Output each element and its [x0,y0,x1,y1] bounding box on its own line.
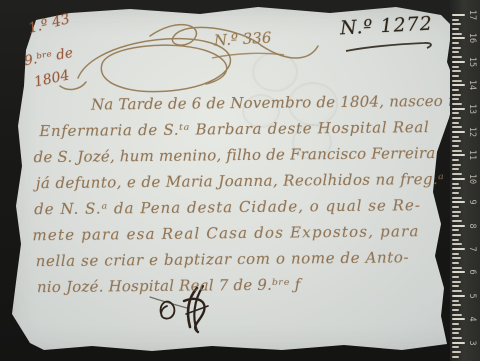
ruler-tick [452,295,465,297]
ruler-tick [452,66,459,68]
ruler-tick [452,211,461,213]
manuscript-line: Na Tarde de 6 de Novembro de 1804, nasce… [91,88,453,118]
ruler-tick [452,168,459,170]
ruler-tick [452,225,465,227]
ruler-number: 9 [467,196,477,208]
ruler-number: 14 [467,79,477,91]
ruler-tick [452,173,462,175]
ruler-tick [452,126,462,128]
ruler-tick [452,248,465,250]
manuscript-body: Na Tarde de 6 de Novembro de 1804, nasce… [29,88,455,300]
ruler-tick [452,108,465,110]
ruler-tick [452,47,461,49]
water-stain [252,52,298,92]
manuscript-line: nella se criar e baptizar com o nome de … [36,244,455,274]
ruler-tick [452,112,459,114]
ruler-number: 15 [467,56,477,68]
ruler-number: 10 [467,173,477,185]
ruler-tick [452,150,462,152]
ruler-tick [452,164,461,166]
ruler-tick [452,33,462,35]
ruler-tick [452,75,459,77]
ruler-tick [452,159,459,161]
ruler-tick [452,346,459,348]
ruler-number: 4 [467,313,477,325]
ruler-tick [452,145,459,147]
ruler-tick [452,197,462,199]
ruler-tick [452,267,462,269]
ruler-tick [452,342,465,344]
ruler-tick [452,80,462,82]
ruler-tick [452,94,461,96]
ruler-tick [452,61,465,63]
ruler-tick [452,56,462,58]
ruler-number: 17 [467,9,477,21]
ruler-tick [452,300,459,302]
ruler-number: 11 [467,149,477,161]
ruler-tick [452,206,459,208]
ruler-number: 8 [467,220,477,232]
ruler-tick [452,262,459,264]
ruler-tick [452,136,459,138]
ruler-tick [452,131,465,133]
ruler-tick [452,356,459,358]
ruler-number: 16 [467,32,477,44]
ruler-tick [452,285,459,287]
ruler-tick [452,328,461,330]
ruler-tick [452,290,462,292]
ruler-tick [452,103,462,105]
ruler-tick [452,154,465,156]
measurement-ruler: 17161514131211109876543 [450,0,480,361]
ruler-number: 13 [467,103,477,115]
ruler-tick [452,140,461,142]
ruler-tick [452,276,459,278]
ruler-tick [452,117,461,119]
ruler-tick [452,304,461,306]
ruler-tick [452,337,462,339]
ruler-number: 3 [467,337,477,349]
ruler-tick [452,89,459,91]
ruler-tick [452,234,461,236]
ruler-tick [452,351,461,353]
ruler-tick [452,271,465,273]
ruler-tick [452,178,465,180]
ruler-tick [452,28,459,30]
ruler-tick [452,318,465,320]
ruler-tick [452,192,459,194]
ruler-tick [452,309,459,311]
ruler-tick [452,23,461,25]
ruler-tick [452,42,459,44]
ruler-tick [452,98,459,100]
ruler-tick [452,239,459,241]
ruler-tick [452,84,465,86]
ruler-tick [452,323,459,325]
ruler-tick [452,314,462,316]
ruler-tick [452,253,459,255]
ruler-tick [452,229,459,231]
manuscript-line: nio Jozé. Hospital Real 7 de 9.ᵇʳᵉ ƒ [37,270,455,300]
ruler-tick [452,257,461,259]
ruler-tick [452,19,459,21]
ruler-tick [452,215,459,217]
ruler-tick [452,183,459,185]
ruler-tick [452,281,461,283]
ruler-tick [452,243,462,245]
ruler-number: 5 [467,290,477,302]
ruler-tick [452,201,465,203]
ruler-tick [452,51,459,53]
ruler-number: 6 [467,266,477,278]
ruler-tick [452,187,461,189]
ruler-number: 12 [467,126,477,138]
ruler-tick [452,37,465,39]
ruler-tick [452,332,459,334]
ruler-tick [452,14,465,16]
ruler-tick [452,220,462,222]
ruler-number: 7 [467,243,477,255]
photo-stage: 1.º 43 9.ᵇʳᵉ de 1804 N.º 336 N.º 1272 Na… [0,0,480,361]
ruler-tick [452,70,461,72]
ruler-tick [452,122,459,124]
case-number: N.º 336 [214,29,272,50]
